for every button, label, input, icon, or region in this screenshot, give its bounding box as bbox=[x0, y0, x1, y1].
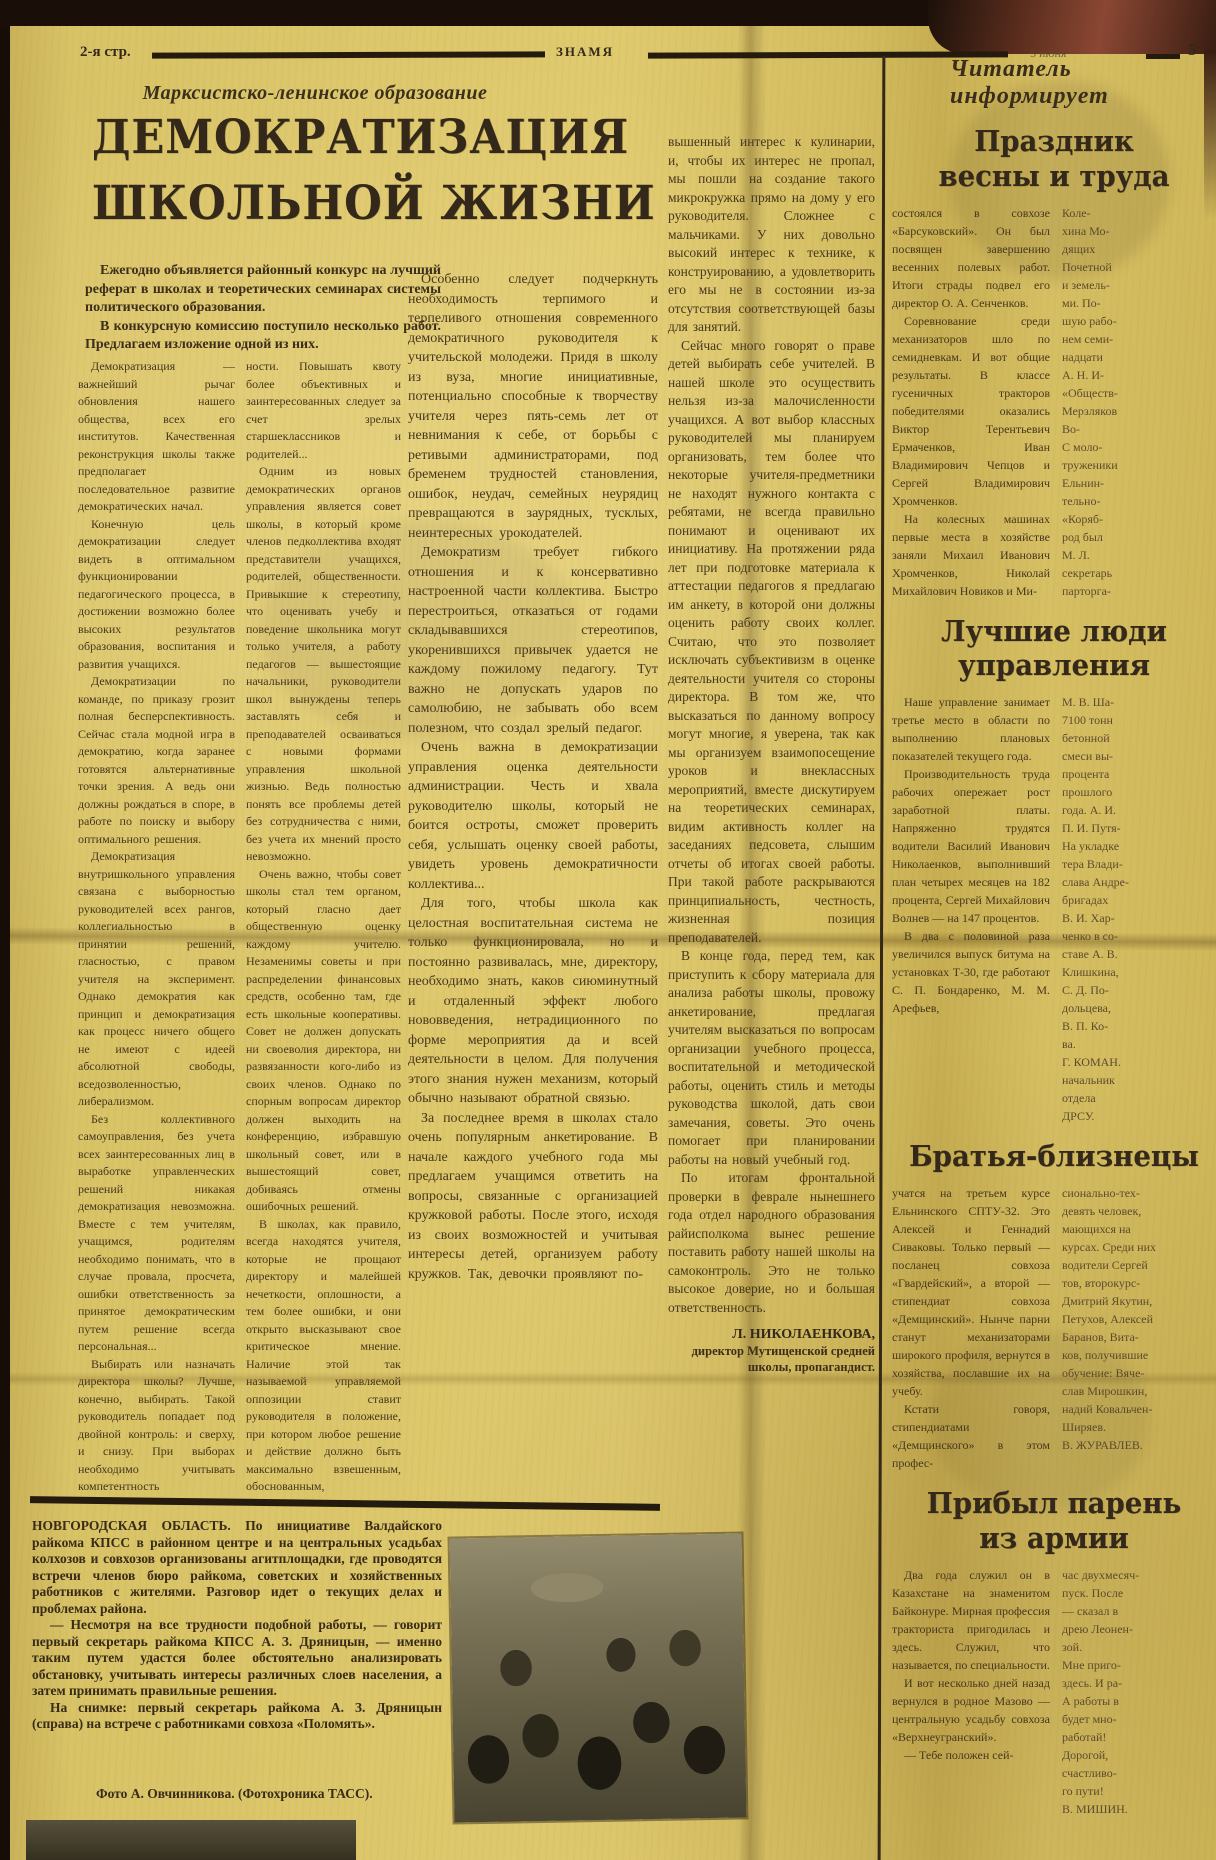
text-line: Мерзляков bbox=[1062, 402, 1208, 420]
text-line: В. И. Хар- bbox=[1062, 909, 1208, 927]
text-line: обучение: Вяче- bbox=[1062, 1364, 1208, 1382]
text-line: «Коряб- bbox=[1062, 510, 1208, 528]
text-line: го пути! bbox=[1062, 1782, 1208, 1800]
text-line: Баранов, Вита- bbox=[1062, 1328, 1208, 1346]
text-line: надий Ковальчен- bbox=[1062, 1400, 1208, 1418]
text-line: Производительность труда рабочих опережа… bbox=[892, 765, 1050, 927]
text-line: прошлого bbox=[1062, 783, 1208, 801]
text-line: род был bbox=[1062, 528, 1208, 546]
body-column-4: вышенный интерес к кулинарии, и, чтобы и… bbox=[668, 133, 875, 1317]
body-column-4-wrap: вышенный интерес к кулинарии, и, чтобы и… bbox=[668, 133, 875, 1505]
text-line: М. Л. bbox=[1062, 546, 1208, 564]
article-title: из армии bbox=[900, 1521, 1208, 1556]
text-line: бетонной bbox=[1062, 729, 1208, 747]
text-line: Выбирать или назначать директора школы? … bbox=[78, 1356, 235, 1493]
text-line: дольцева, bbox=[1062, 999, 1208, 1017]
text-line: И вот несколько дней назад вернулся в ро… bbox=[892, 1674, 1050, 1746]
text-line: слав Мирошкин, bbox=[1062, 1382, 1208, 1400]
edge-column-fragments: М. В. Ша-7100 тоннбетоннойсмеси вы-проце… bbox=[1062, 693, 1208, 1125]
torn-corner-patch bbox=[928, 0, 1216, 54]
text-line: ДРСУ. bbox=[1062, 1107, 1208, 1125]
text-line: Особенно следует подчеркнуть необходимос… bbox=[408, 270, 658, 543]
text-line: мающихся на bbox=[1062, 1220, 1208, 1238]
text-line: Для того, чтобы школа как целостная восп… bbox=[408, 894, 658, 1109]
text-line: На колесных машинах первые места в хозяй… bbox=[892, 510, 1050, 600]
text-line: — Несмотря на все трудности подобной раб… bbox=[32, 1617, 442, 1700]
text-line: дящих bbox=[1062, 240, 1208, 258]
text-line: А работы в bbox=[1062, 1692, 1208, 1710]
reader-article-bratya: Братья-близнецы учатся на третьем курсе … bbox=[892, 1139, 1216, 1472]
reader-article-luchshie: Лучшие люди управления Наше управление з… bbox=[892, 614, 1216, 1126]
text-line: М. В. Ша- bbox=[1062, 693, 1208, 711]
masthead: ЗНАМЯ bbox=[556, 44, 614, 60]
text-line: работай! bbox=[1062, 1728, 1208, 1746]
article-column: Наше управление занимает третье место в … bbox=[892, 693, 1050, 1125]
text-line: труженики bbox=[1062, 456, 1208, 474]
text-line: девять человек, bbox=[1062, 1202, 1208, 1220]
article-signature-name: Л. НИКОЛАЕНКОВА, bbox=[668, 1327, 875, 1343]
headline-line-1: ДЕМОКРАТИЗАЦИЯ bbox=[92, 110, 629, 165]
text-line: Дорогой, bbox=[1062, 1746, 1208, 1764]
bottom-photo-edge bbox=[26, 1820, 356, 1860]
text-line: На укладке bbox=[1062, 837, 1208, 855]
article-title: Братья-близнецы bbox=[900, 1139, 1208, 1174]
text-line: В. П. Ко- bbox=[1062, 1017, 1208, 1035]
text-line: Сейчас много говорят о праве детей выбир… bbox=[668, 337, 875, 948]
text-line: Соревнование среди механизаторов шло по … bbox=[892, 312, 1050, 510]
text-line: слава Андре- bbox=[1062, 873, 1208, 891]
text-line: начальник bbox=[1062, 1071, 1208, 1089]
edge-column-fragments: Коле-хина Мо-дящихПочетнойи земель-ми. П… bbox=[1062, 204, 1208, 600]
text-line: — сказал в bbox=[1062, 1602, 1208, 1620]
text-line: будет мно- bbox=[1062, 1710, 1208, 1728]
text-line: нем семи- bbox=[1062, 330, 1208, 348]
text-line: Демократизации по команде, по приказу гр… bbox=[78, 673, 235, 848]
edge-column-fragments: час двухмесяч-пуск. После— сказал вдрею … bbox=[1062, 1566, 1208, 1818]
text-line: В конце года, перед тем, как приступить … bbox=[668, 947, 875, 1169]
text-line: В школах, как правило, всегда находятся … bbox=[246, 1216, 401, 1493]
text-line: зой. bbox=[1062, 1638, 1208, 1656]
text-line: процента bbox=[1062, 765, 1208, 783]
text-line: шую рабо- bbox=[1062, 312, 1208, 330]
text-line: ми. По- bbox=[1062, 294, 1208, 312]
novgorod-text: НОВГОРОДСКАЯ ОБЛАСТЬ. По инициативе Валд… bbox=[32, 1518, 442, 1733]
text-line: Коле- bbox=[1062, 204, 1208, 222]
re ader-rail: Читатель информирует Праздник весны и тр… bbox=[892, 56, 1216, 1856]
article-title: управления bbox=[900, 648, 1208, 683]
text-line: — Тебе положен сей- bbox=[892, 1746, 1050, 1764]
text-line: пуск. После bbox=[1062, 1584, 1208, 1602]
text-line: и земель- bbox=[1062, 276, 1208, 294]
text-line: Ельнин- bbox=[1062, 474, 1208, 492]
article-title: Прибыл парень bbox=[900, 1486, 1208, 1521]
reader-section-header: Читатель информирует bbox=[950, 56, 1216, 110]
text-line: П. И. Путя- bbox=[1062, 819, 1208, 837]
text-line: тельно- bbox=[1062, 492, 1208, 510]
text-line: А. Н. И- bbox=[1062, 366, 1208, 384]
body-column-1: Демократизация — важнейший рычаг обновле… bbox=[78, 358, 235, 1492]
text-line: Почетной bbox=[1062, 258, 1208, 276]
text-line: ва. bbox=[1062, 1035, 1208, 1053]
edge-column-fragments: сионально-тех-девять человек,мающихся на… bbox=[1062, 1184, 1208, 1472]
text-line: Ежегодно объявляется районный конкурс на… bbox=[85, 262, 441, 318]
reader-article-pribyl: Прибыл парень из армии Два года служил о… bbox=[892, 1486, 1216, 1818]
text-line: дрею Леонен- bbox=[1062, 1620, 1208, 1638]
text-line: ности. Повышать квоту более объективных … bbox=[246, 358, 401, 463]
text-line: Наше управление занимает третье место в … bbox=[892, 693, 1050, 765]
text-line: С моло- bbox=[1062, 438, 1208, 456]
text-line: Во- bbox=[1062, 420, 1208, 438]
text-line: НОВГОРОДСКАЯ ОБЛАСТЬ. По инициативе Валд… bbox=[32, 1518, 442, 1617]
text-line: С. Д. По- bbox=[1062, 981, 1208, 999]
text-line: Петухов, Алексей bbox=[1062, 1310, 1208, 1328]
article-signature-role: директор Мутищенской средней школы, проп… bbox=[668, 1343, 875, 1375]
text-line: За последнее время в школах стало очень … bbox=[408, 1109, 658, 1285]
article-column: Два года служил он в Казахстане на знаме… bbox=[892, 1566, 1050, 1818]
text-line: В конкурсную комиссию поступило нескольк… bbox=[85, 318, 441, 355]
text-line: учатся на третьем курсе Ельнинского СПТУ… bbox=[892, 1184, 1050, 1400]
text-line: года. А. И. bbox=[1062, 801, 1208, 819]
article-column: состоялся в совхозе «Барсуковский». Он б… bbox=[892, 204, 1050, 600]
text-line: 7100 тонн bbox=[1062, 711, 1208, 729]
text-line: ставе А. В. bbox=[1062, 945, 1208, 963]
article-lede: Ежегодно объявляется районный конкурс на… bbox=[85, 262, 441, 355]
text-line: На снимке: первый секретарь райкома А. З… bbox=[32, 1700, 442, 1733]
text-line: Очень важно, чтобы совет школы стал тем … bbox=[246, 866, 401, 1216]
text-line: В два с половиной раза увеличился выпуск… bbox=[892, 927, 1050, 1017]
article-kicker: Марксистско-ленинское образование bbox=[110, 82, 520, 105]
reader-article-prazdnik: Праздник весны и труда состоялся в совхо… bbox=[892, 124, 1216, 600]
text-line: «Обществ- bbox=[1062, 384, 1208, 402]
text-line: Кстати говоря, стипендиатами «Демщинског… bbox=[892, 1400, 1050, 1472]
text-line: здесь. И ра- bbox=[1062, 1674, 1208, 1692]
text-line: Демократизация — важнейший рычаг обновле… bbox=[78, 358, 235, 516]
article-title: Лучшие люди bbox=[900, 614, 1208, 649]
text-line: Демократизация внутришкольного управлени… bbox=[78, 848, 235, 1111]
text-line: Клишкина, bbox=[1062, 963, 1208, 981]
text-line: надцати bbox=[1062, 348, 1208, 366]
text-line: В. ЖУРАВЛЕВ. bbox=[1062, 1436, 1208, 1454]
text-line: ченко в со- bbox=[1062, 927, 1208, 945]
text-line: водители Сергей bbox=[1062, 1256, 1208, 1274]
article-title: весны и труда bbox=[900, 159, 1208, 194]
text-line: Без коллективного самоуправления, без уч… bbox=[78, 1111, 235, 1356]
text-line: тов, второкурс- bbox=[1062, 1274, 1208, 1292]
body-column-3: Особенно следует подчеркнуть необходимос… bbox=[408, 270, 658, 1492]
text-line: Демократизм требует гибкого отношения и … bbox=[408, 543, 658, 738]
text-line: курсах. Среди них bbox=[1062, 1238, 1208, 1256]
text-line: отдела bbox=[1062, 1089, 1208, 1107]
page-label: 2-я стр. bbox=[80, 44, 131, 61]
text-line: ков, получившие bbox=[1062, 1346, 1208, 1364]
photo-caption: Фото А. Овчинникова. (Фотохроника ТАСС). bbox=[96, 1786, 496, 1802]
text-line: Дмитрий Якутин, bbox=[1062, 1292, 1208, 1310]
text-line: Очень важна в демократизации управления … bbox=[408, 738, 658, 894]
text-line: смеси вы- bbox=[1062, 747, 1208, 765]
text-line: состоялся в совхозе «Барсуковский». Он б… bbox=[892, 204, 1050, 312]
text-line: хина Мо- bbox=[1062, 222, 1208, 240]
text-line: Мне приго- bbox=[1062, 1656, 1208, 1674]
text-line: час двухмесяч- bbox=[1062, 1566, 1208, 1584]
headline-line-2: ШКОЛЬНОЙ ЖИЗНИ bbox=[92, 176, 656, 231]
text-line: счастливо- bbox=[1062, 1764, 1208, 1782]
text-line: Конечную цель демократизации следует вид… bbox=[78, 516, 235, 674]
photo bbox=[450, 1533, 747, 1822]
text-line: По итогам фронтальной проверки в феврале… bbox=[668, 1169, 875, 1317]
text-line: В. МИШИН. bbox=[1062, 1800, 1208, 1818]
text-line: Одним из новых демократических органов у… bbox=[246, 463, 401, 866]
article-title: Праздник bbox=[900, 124, 1208, 159]
text-line: Два года служил он в Казахстане на знаме… bbox=[892, 1566, 1050, 1674]
text-line: бригадах bbox=[1062, 891, 1208, 909]
text-line: секретарь bbox=[1062, 564, 1208, 582]
article-column: учатся на третьем курсе Ельнинского СПТУ… bbox=[892, 1184, 1050, 1472]
text-line: Г. КОМАН. bbox=[1062, 1053, 1208, 1071]
text-line: вышенный интерес к кулинарии, и, чтобы и… bbox=[668, 133, 875, 337]
text-line: Ширяев. bbox=[1062, 1418, 1208, 1436]
text-line: тера Влади- bbox=[1062, 855, 1208, 873]
body-column-2: ности. Повышать квоту более объективных … bbox=[246, 358, 401, 1492]
text-line: сионально-тех- bbox=[1062, 1184, 1208, 1202]
text-line: парторга- bbox=[1062, 582, 1208, 600]
